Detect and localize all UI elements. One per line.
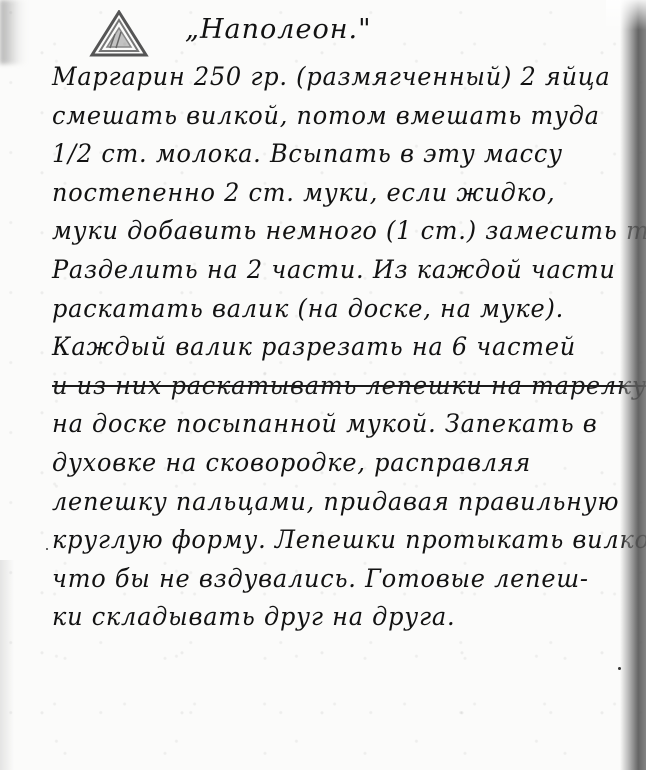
recipe-line: 1/2 ст. молока. Всыпать в эту массу bbox=[52, 135, 646, 174]
recipe-body: Маргарин 250 гр. (размягченный) 2 яйцасм… bbox=[52, 58, 646, 637]
recipe-line: лепешку пальцами, придавая правильную bbox=[52, 483, 646, 522]
scanned-page: „Наполеон." Маргарин 250 гр. (размягченн… bbox=[0, 0, 646, 770]
recipe-line: ки складывать друг на друга. bbox=[52, 598, 646, 637]
recipe-title: „Наполеон." bbox=[185, 14, 372, 45]
recipe-line-struck: и из них раскатывать лепешки на тарелку bbox=[52, 367, 646, 406]
recipe-line: постепенно 2 ст. муки, если жидко, bbox=[52, 174, 646, 213]
triangle-emblem-icon bbox=[88, 10, 150, 58]
recipe-line: Маргарин 250 гр. (размягченный) 2 яйца bbox=[52, 58, 646, 97]
scan-edge-highlight bbox=[606, 0, 646, 30]
recipe-line: муки добавить немного (1 ст.) замесить т… bbox=[52, 212, 646, 251]
recipe-line: круглую форму. Лепешки протыкать вилкой bbox=[52, 521, 646, 560]
recipe-line: духовке на сковородке, расправляя bbox=[52, 444, 646, 483]
recipe-line: на доске посыпанной мукой. Запекать в bbox=[52, 405, 646, 444]
recipe-line: Разделить на 2 части. Из каждой части bbox=[52, 251, 646, 290]
ink-dot bbox=[46, 548, 48, 550]
recipe-line: Каждый валик разрезать на 6 частей bbox=[52, 328, 646, 367]
recipe-line: смешать вилкой, потом вмешать туда bbox=[52, 97, 646, 136]
scan-edge-shadow bbox=[620, 0, 646, 770]
corner-smudge bbox=[0, 0, 26, 64]
edge-smudge bbox=[0, 560, 14, 770]
recipe-line: что бы не вздувались. Готовые лепеш- bbox=[52, 560, 646, 599]
recipe-line: раскатать валик (на доске, на муке). bbox=[52, 290, 646, 329]
